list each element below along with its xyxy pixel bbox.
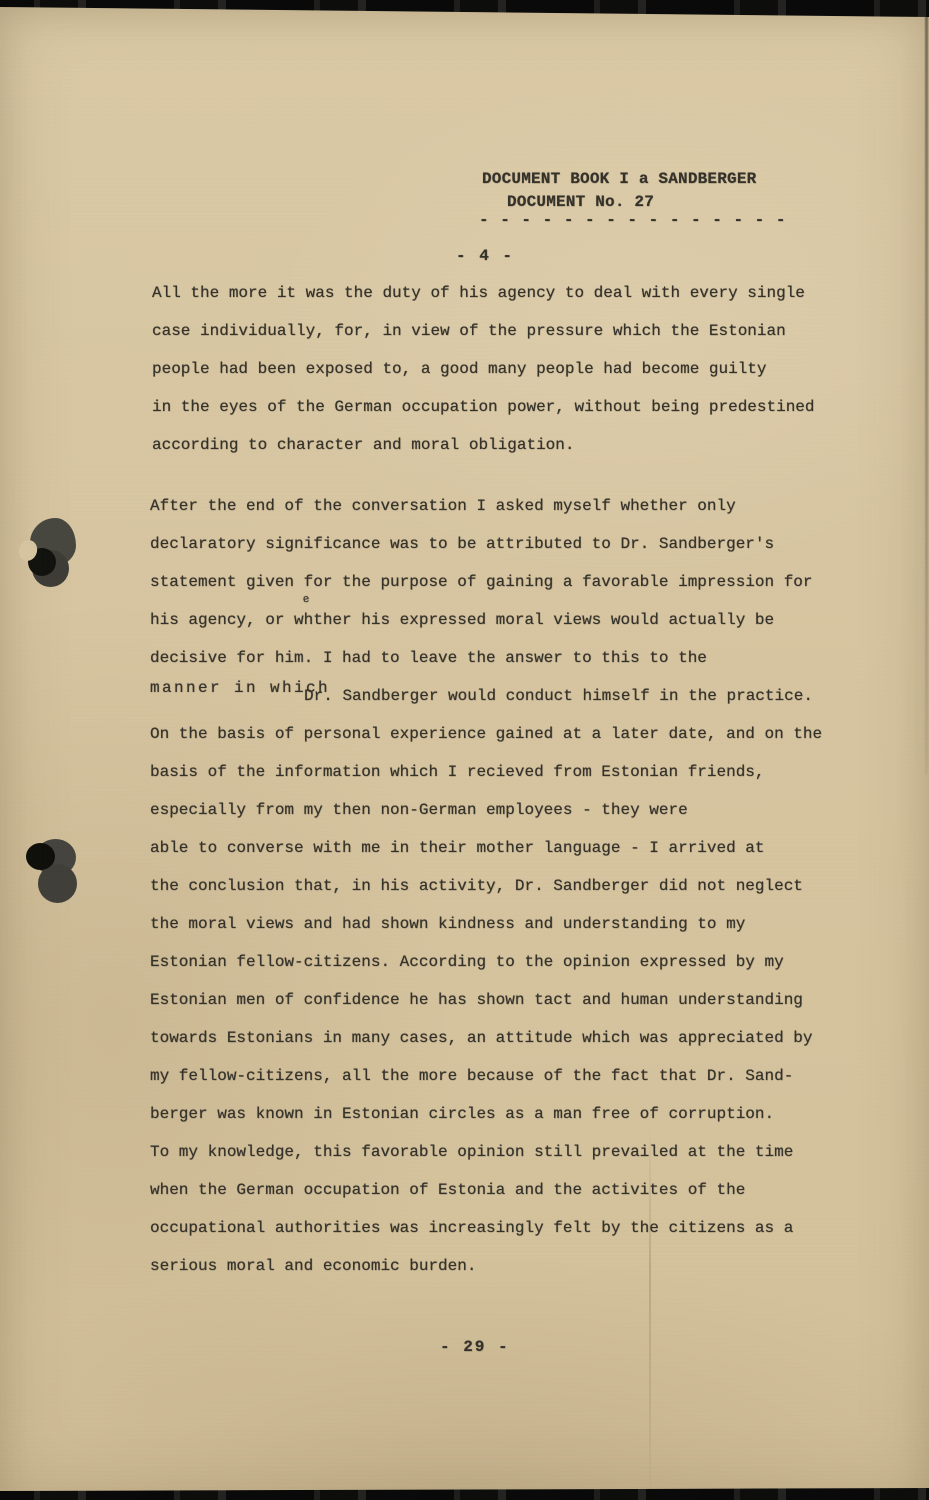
typed-paragraph-2-part-b: On the basis of personal experience gain…	[150, 715, 822, 1285]
typed-paragraph-2-part-a: After the end of the conversation I aske…	[150, 487, 813, 677]
paper-edge-shadow	[925, 14, 928, 774]
scanned-document-page: DOCUMENT BOOK I a SANDBERGER DOCUMENT No…	[0, 0, 929, 1500]
page-number-bottom: - 29 -	[440, 1328, 510, 1366]
typed-paragraph-1: All the more it was the duty of his agen…	[152, 274, 815, 464]
document-header-line-1: DOCUMENT BOOK I a SANDBERGER	[482, 168, 756, 190]
raised-insert-text: manner in which	[150, 669, 330, 707]
line-6-continuation: Dr. Sandberger would conduct himself in …	[304, 677, 813, 715]
hole-punch-ink-mark-2	[24, 837, 80, 903]
typed-paragraph-2-line-6: manner in whichDr. Sandberger would cond…	[150, 677, 813, 715]
page-number-top: - 4 -	[456, 237, 514, 275]
paper-sheet: DOCUMENT BOOK I a SANDBERGER DOCUMENT No…	[0, 0, 929, 1500]
typed-superscript-correction: e	[302, 595, 310, 607]
hole-punch-ink-mark-1	[22, 517, 80, 589]
header-dashed-rule: - - - - - - - - - - - - - - -	[479, 208, 786, 232]
